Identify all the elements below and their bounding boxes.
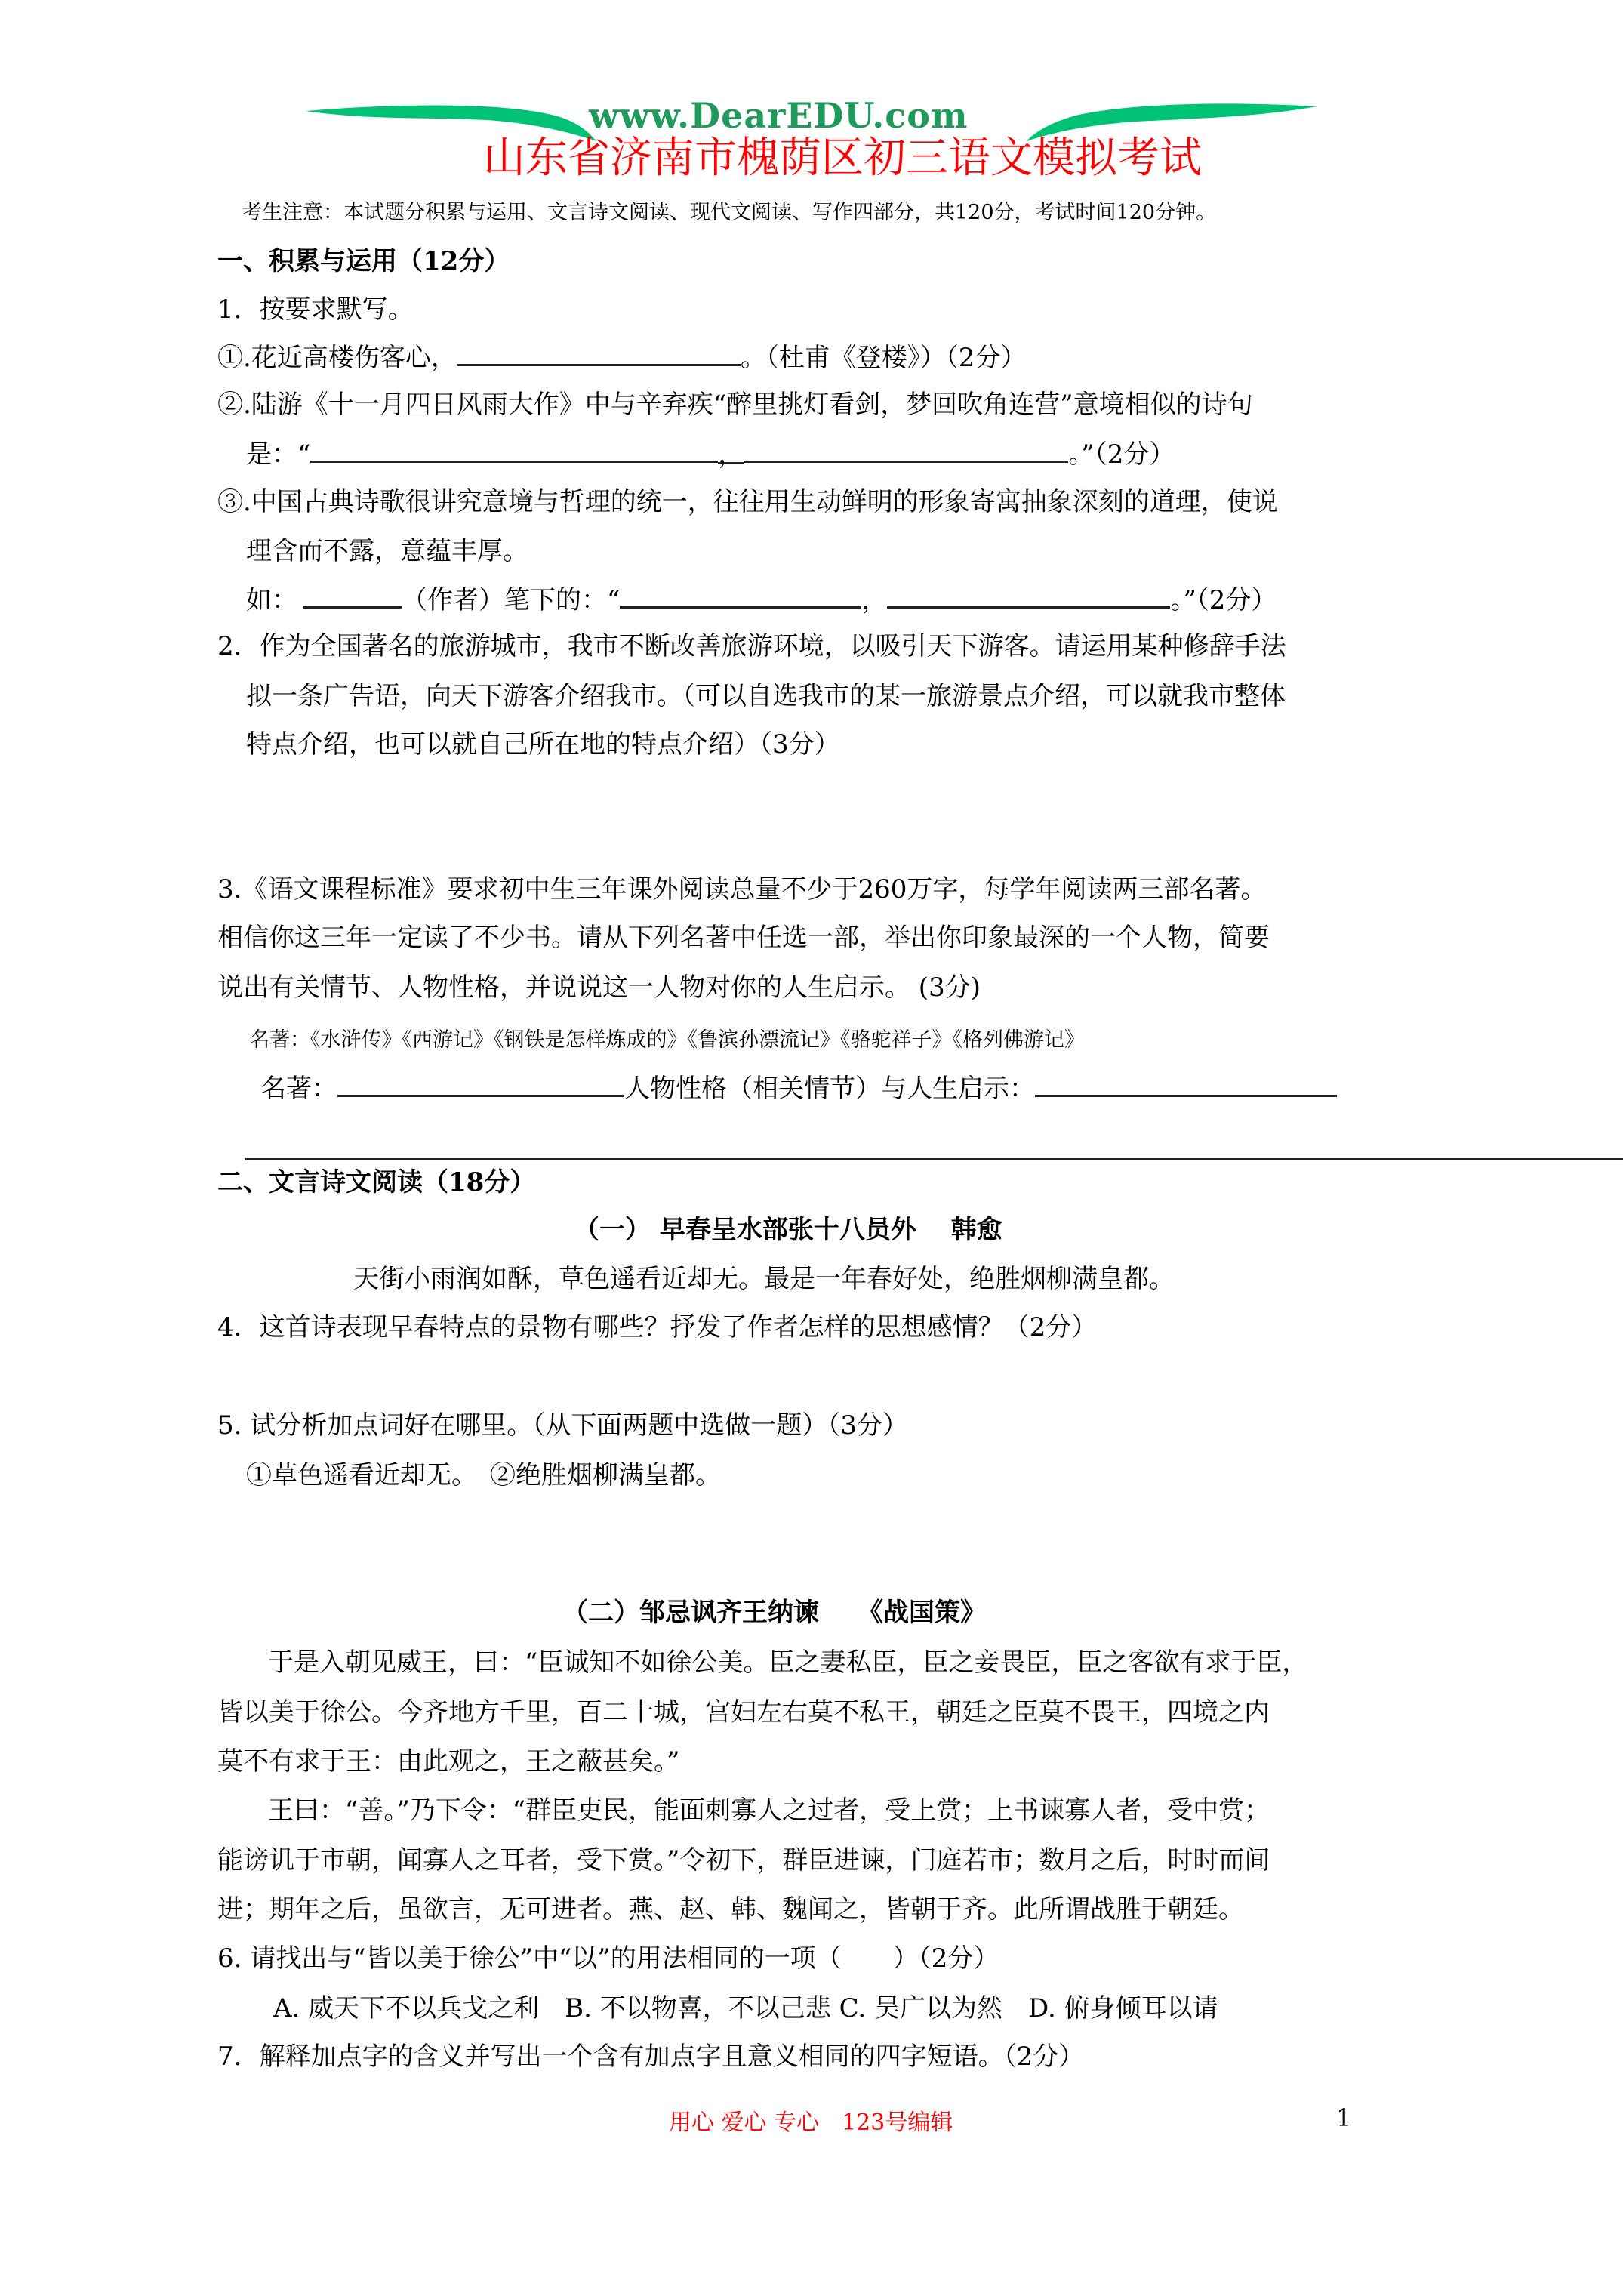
- q1-item-3-line-3: 如：（作者）笔下的：“，。”（2分）: [246, 584, 1277, 615]
- q1-item-2-line-1: ②.陆游《十一月四日风雨大作》中与辛弃疾“醉里挑灯看剑，梦回吹角连营”意境相似的…: [217, 390, 1253, 420]
- section-2-heading: 二、文言诗文阅读（18分）: [217, 1167, 535, 1197]
- q7-text: 7．解释加点字的含义并写出一个含有加点字且意义相同的四字短语。（2分）: [217, 2042, 1084, 2072]
- prose-line: 于是入朝见威王，曰：“臣诚知不如徐公美。臣之妻私臣，臣之妾畏臣，臣之客欲有求于臣…: [268, 1647, 1307, 1678]
- q3-line-1: 3.《语文课程标准》要求初中生三年课外阅读总量不少于260万字，每学年阅读两三部…: [217, 874, 1266, 905]
- page-title: 山东省济南市槐荫区初三语文模拟考试: [483, 134, 1202, 183]
- prose-line: 能谤讥于市朝，闻寡人之耳者，受下赏。”令初下，群臣进谏，门庭若市；数月之后，时时…: [217, 1845, 1270, 1875]
- prose-line: 进；期年之后，虽欲言，无可进者。燕、赵、韩、魏闻之，皆朝于齐。此所谓战胜于朝廷。: [217, 1894, 1244, 1925]
- q1-item-2-suffix: 。”（2分）: [1068, 439, 1175, 470]
- q3-insight-label: 人物性格（相关情节）与人生启示：: [624, 1074, 1035, 1104]
- prose-line: 莫不有求于王：由此观之，王之蔽甚矣。”: [217, 1746, 679, 1777]
- q5-stem: 5. 试分析加点词好在哪里。（从下面两题中选做一题）（3分）: [217, 1410, 908, 1441]
- q1-item-3-suffix: 。”（2分）: [1170, 585, 1277, 615]
- answer-rule-line: [245, 1158, 1623, 1160]
- poem-title: （一） 早春呈水部张十八员外 韩愈: [574, 1215, 1002, 1245]
- q3-insight-blank[interactable]: [1035, 1072, 1337, 1097]
- logo-text: www.DearEDU.com: [589, 95, 969, 136]
- section-1-heading: 一、积累与运用（12分）: [217, 246, 510, 276]
- prose-line: 王曰：“善。”乃下令：“群臣吏民，能面刺寡人之过者，受上赏；上书谏寡人者，受中赏…: [268, 1795, 1270, 1826]
- q3-book-label: 名著：: [260, 1074, 337, 1104]
- q1-item-2-line-2: 是：“，。”（2分）: [246, 438, 1175, 470]
- q1-item-1-source: 。（杜甫《登楼》）（2分）: [741, 343, 1027, 373]
- q1-item-1-text: ①.花近高楼伤客心，: [217, 343, 457, 373]
- prose-line: 皆以美于徐公。今齐地方千里，百二十城，宫妇左右莫不私王，朝廷之臣莫不畏王，四境之…: [217, 1697, 1270, 1727]
- poem-text: 天街小雨润如酥，草色遥看近却无。最是一年春好处，绝胜烟柳满皇都。: [353, 1264, 1175, 1294]
- q3-book-list: 名著：《水浒传》《西游记》《钢铁是怎样炼成的》《鲁滨孙漂流记》《骆驼祥子》《格列…: [249, 1025, 1085, 1056]
- prose-title: （二）邹忌讽齐王纳谏 《战国策》: [562, 1598, 986, 1628]
- q1-item-1: ①.花近高楼伤客心，。（杜甫《登楼》）（2分）: [217, 341, 1026, 373]
- q3-line-3: 说出有关情节、人物性格，并说说这一人物对你的人生启示。 (3分): [217, 972, 981, 1003]
- q1-item-2-answer-blank-a[interactable]: [310, 438, 718, 463]
- q4-text: 4．这首诗表现早春特点的景物有哪些？抒发了作者怎样的思想感情？（2分）: [217, 1312, 1097, 1342]
- q3-answer-line: 名著：人物性格（相关情节）与人生启示：: [260, 1072, 1337, 1104]
- exam-notice: 考生注意：本试题分积累与运用、文言诗文阅读、现代文阅读、写作四部分，共120分，…: [242, 198, 1216, 228]
- q1-item-3-author-label: （作者）笔下的：“: [402, 585, 620, 615]
- page-number: 1: [1336, 2103, 1351, 2132]
- q1-item-3-author-blank[interactable]: [303, 584, 402, 609]
- q2-line-2: 拟一条广告语，向天下游客介绍我市。（可以自选我市的某一旅游景点介绍，可以就我市整…: [246, 681, 1286, 711]
- q1-item-2-prefix: 是：“: [246, 439, 310, 470]
- q1-item-2-answer-blank-b[interactable]: [744, 438, 1068, 463]
- footer-slogan: 用心 爱心 专心 123号编辑: [669, 2103, 953, 2137]
- q1-stem: 1．按要求默写。: [217, 294, 414, 325]
- q1-item-3-answer-blank-b[interactable]: [887, 584, 1170, 609]
- q2-line-3: 特点介绍，也可以就自己所在地的特点介绍）（3分）: [246, 729, 840, 760]
- q1-item-3-answer-blank-a[interactable]: [620, 584, 861, 609]
- q1-item-1-answer-blank[interactable]: [457, 341, 741, 366]
- q1-item-3-comma: ，: [861, 585, 887, 615]
- q6-options: A. 威天下不以兵戈之利 B. 不以物喜，不以己悲 C. 吴广以为然 D. 俯身…: [273, 1993, 1218, 2023]
- q3-book-blank[interactable]: [337, 1072, 624, 1097]
- q3-line-2: 相信你这三年一定读了不少书。请从下列名著中任选一部，举出你印象最深的一个人物，简…: [217, 923, 1270, 953]
- q1-item-2-comma: ，: [718, 439, 744, 464]
- q6-stem: 6. 请找出与“皆以美于徐公”中“以”的用法相同的一项（ ）（2分）: [217, 1943, 999, 1974]
- q1-item-3-prefix: 如：: [246, 585, 297, 615]
- q1-item-3-line-2: 理含而不露，意蕴丰厚。: [246, 536, 528, 566]
- q5-options: ①草色遥看近却无。 ②绝胜烟柳满皇都。: [246, 1460, 721, 1490]
- q1-item-3-line-1: ③.中国古典诗歌很讲究意境与哲理的统一，往往用生动鲜明的形象寄寓抽象深刻的道理，…: [217, 487, 1278, 517]
- q2-line-1: 2．作为全国著名的旅游城市，我市不断改善旅游环境，以吸引天下游客。请运用某种修辞…: [217, 631, 1286, 661]
